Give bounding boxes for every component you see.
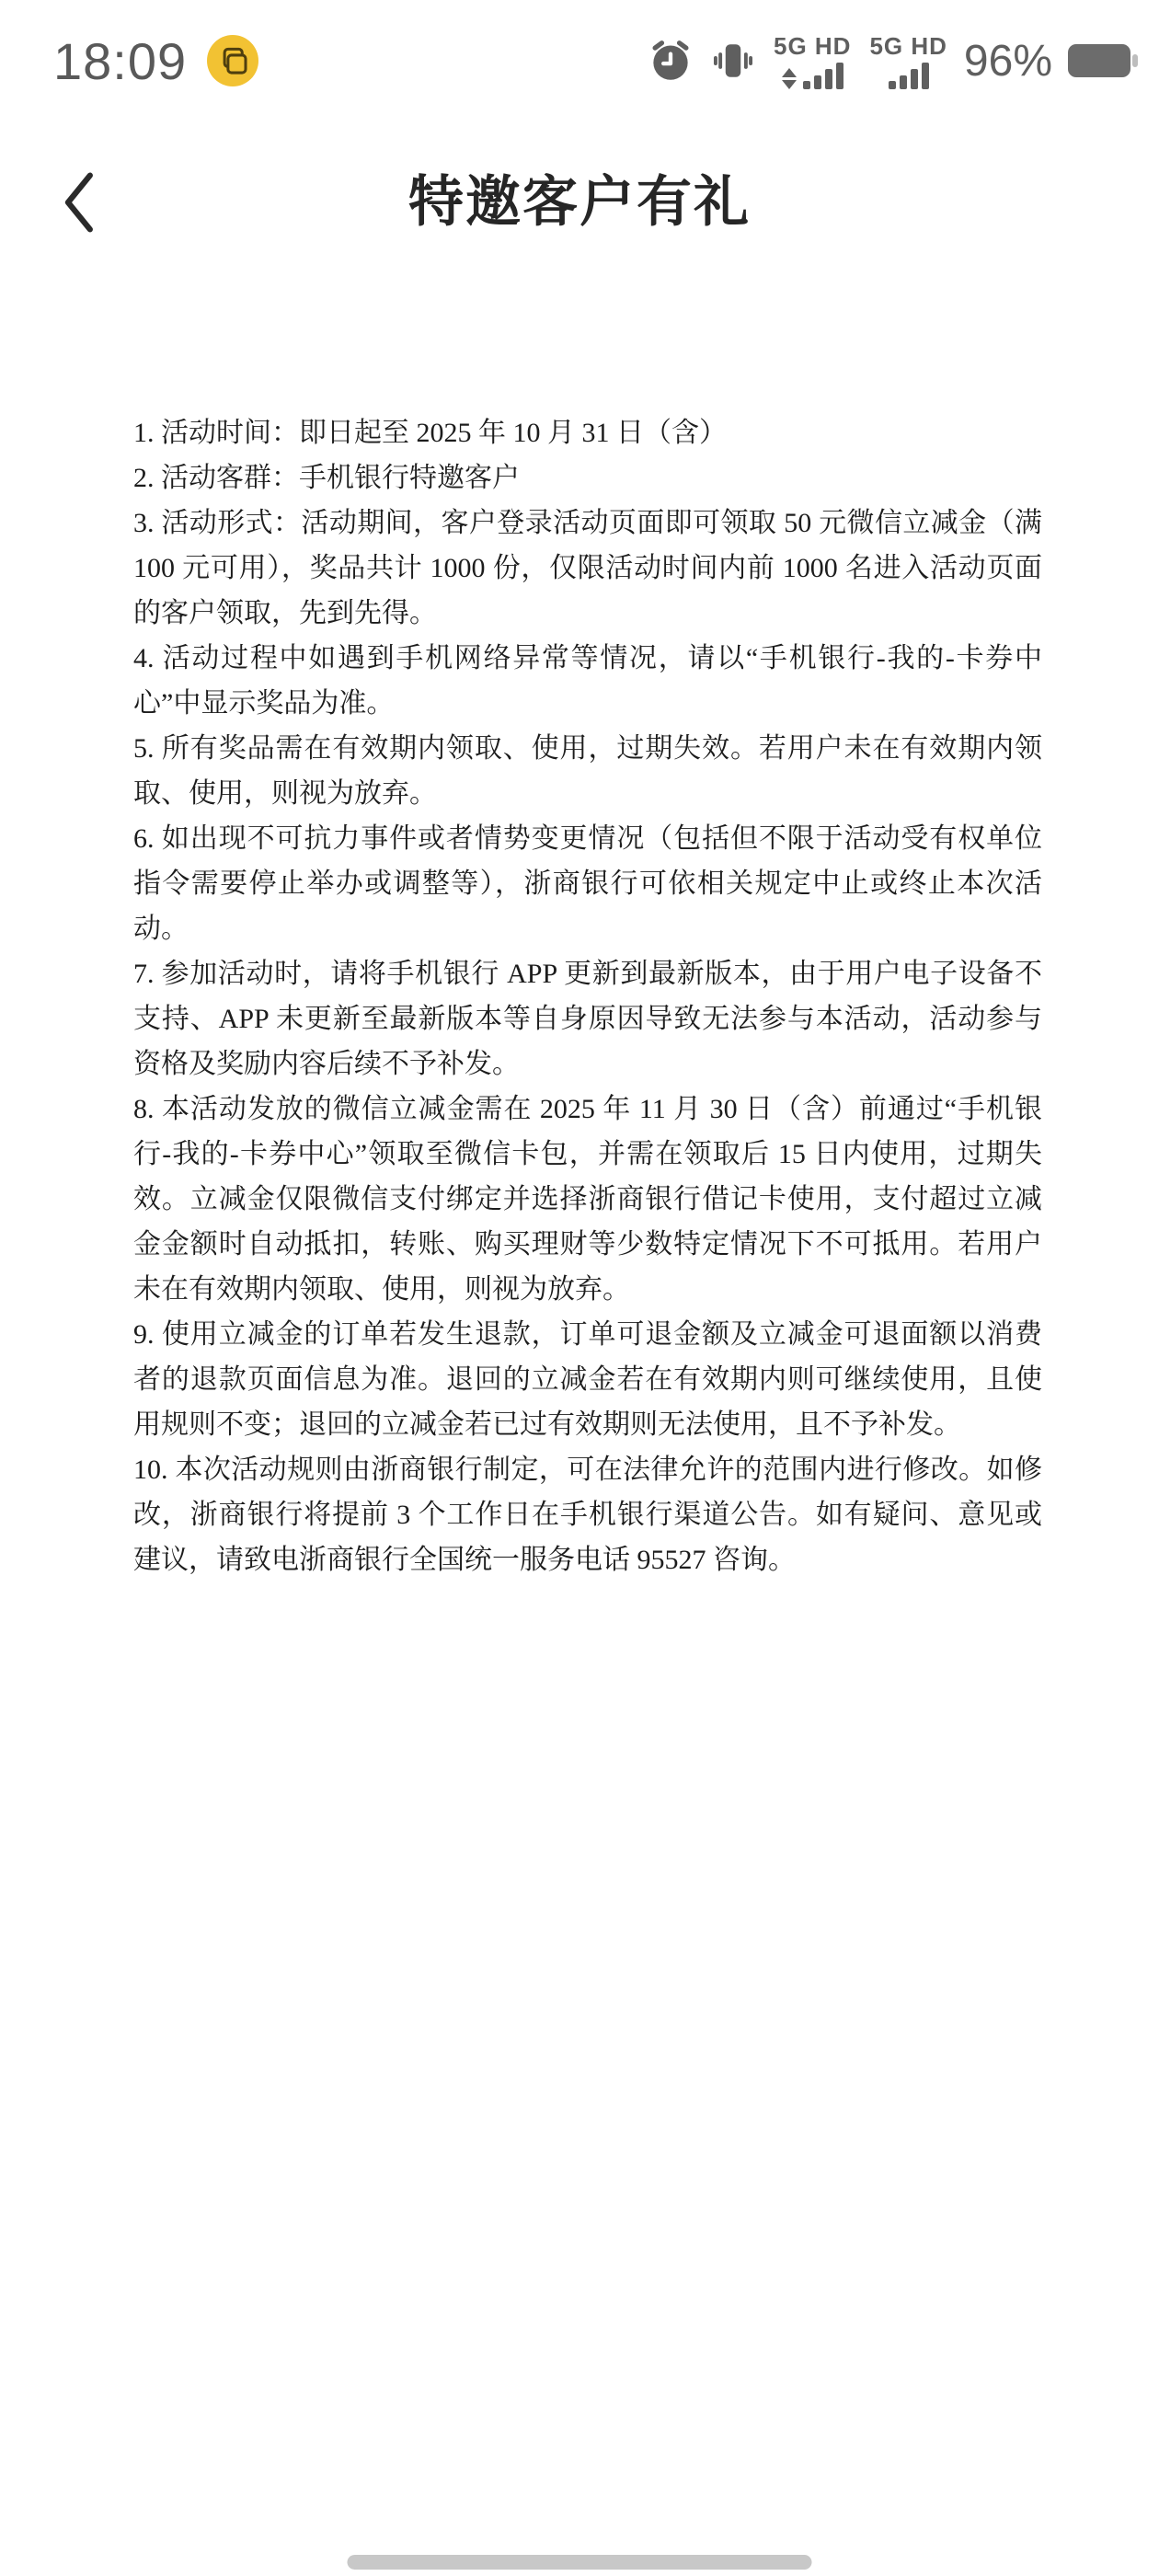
rule-item-9: 9. 使用立减金的订单若发生退款，订单可退金额及立减金可退面额以消费者的退款页面… [133,1312,1042,1447]
status-bar: 18:09 5G HD [0,13,1159,109]
sim1-signal-bars-icon [803,63,843,89]
sim2-network-type-label: 5G HD [869,33,947,59]
sim1-network-indicator: 5G HD [774,33,851,89]
rule-item-6: 6. 如出现不可抗力事件或者情势变更情况（包括但不限于活动受有权单位指令需要停止… [133,816,1042,951]
battery-percentage: 96% [964,36,1052,86]
sim2-network-indicator: 5G HD [869,33,947,89]
rule-item-2: 2. 活动客群：手机银行特邀客户 [133,455,1042,500]
page-title: 特邀客户有礼 [408,172,751,233]
rule-item-8: 8. 本活动发放的微信立减金需在 2025 年 11 月 30 日（含）前通过“… [133,1087,1042,1312]
home-indicator-bar[interactable] [348,2555,812,2570]
status-bar-left: 18:09 [53,31,258,91]
rule-item-7: 7. 参加活动时，请将手机银行 APP 更新到最新版本，由于用户电子设备不支持、… [133,951,1042,1087]
sim1-network-type-label: 5G HD [774,33,851,59]
rule-item-3: 3. 活动形式：活动期间，客户登录活动页面即可领取 50 元微信立减金（满 10… [133,500,1042,636]
rule-item-10: 10. 本次活动规则由浙商银行制定，可在法律允许的范围内进行修改。如修改，浙商银… [133,1447,1042,1582]
rule-item-5: 5. 所有奖品需在有效期内领取、使用，过期失效。若用户未在有效期内领取、使用，则… [133,726,1042,816]
back-button[interactable] [46,158,110,247]
phone-vibrate-icon [709,37,757,85]
rule-item-1: 1. 活动时间：即日起至 2025 年 10 月 31 日（含） [133,410,1042,455]
page-header: 特邀客户有礼 [0,140,1159,265]
battery-icon [1067,42,1139,79]
status-bar-right: 5G HD 5G HD 96% [647,33,1139,89]
activity-rules-list: 1. 活动时间：即日起至 2025 年 10 月 31 日（含） 2. 活动客群… [133,410,1042,1582]
rule-item-4: 4. 活动过程中如遇到手机网络异常等情况，请以“手机银行-我的-卡券中心”中显示… [133,636,1042,726]
overlapping-windows-icon [207,35,258,86]
status-clock: 18:09 [53,31,187,91]
chevron-left-icon [58,167,98,237]
data-activity-arrows-icon [782,68,797,89]
alarm-clock-icon [647,37,694,85]
sim2-signal-bars-icon [889,63,929,89]
